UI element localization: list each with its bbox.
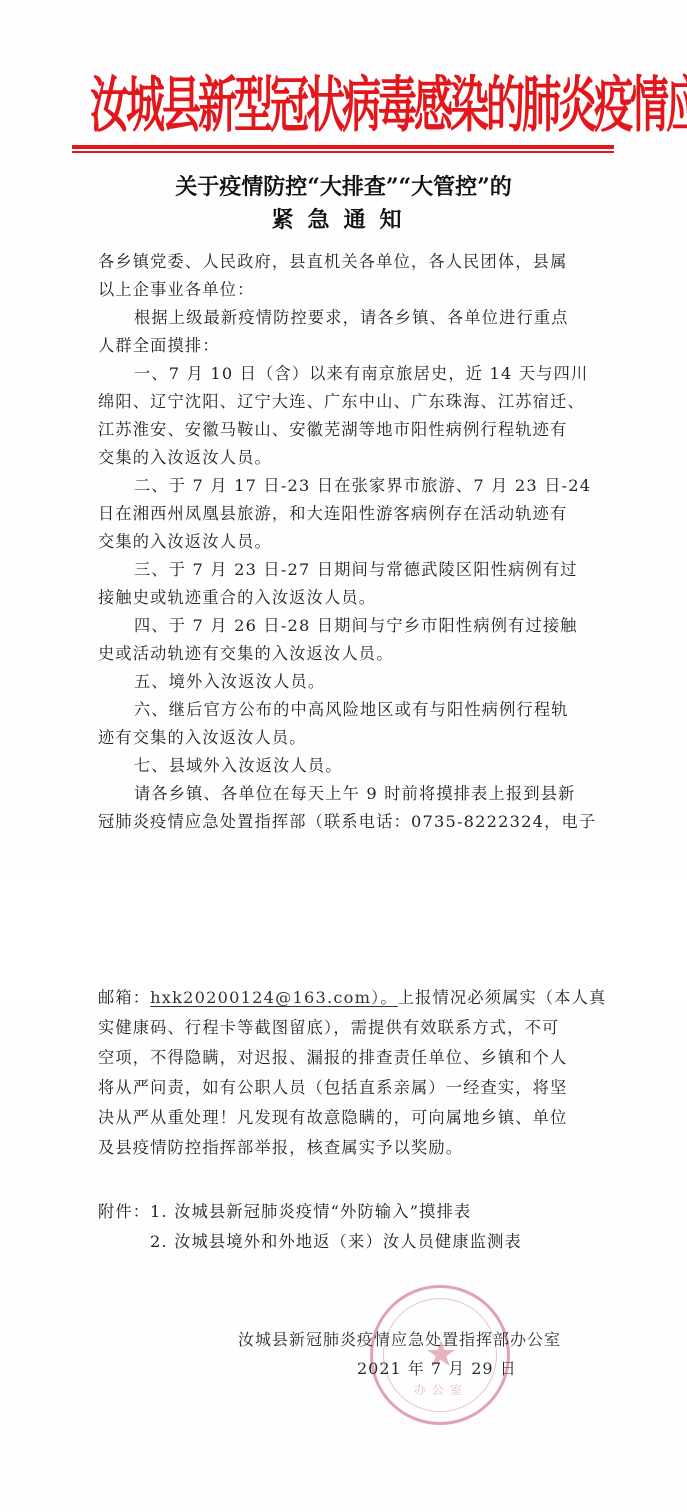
body-line: 各乡镇党委、人民政府，县直机关各单位，各人民团体，县属 [98,252,588,272]
body-line: 一、7 月 10 日（含）以来有南京旅居史，近 14 天与四川 [98,364,624,384]
email-label: 邮箱： [98,988,150,1007]
notice-document: 汝城县新型冠状病毒感染的肺炎疫情应急处置指挥部办公室 关于疫情防控“大排查”“大… [0,0,687,1512]
attachment-item: 2. 汝城县境外和外地返（来）汝人员健康监测表 [150,1232,640,1252]
body-line: 人群全面摸排： [98,336,588,356]
body-line: 七、县域外入汝返汝人员。 [98,756,624,776]
email-link[interactable]: hxk20200124@163.com）。 [150,988,398,1007]
attachment-item: 1. 汝城县新冠肺炎疫情“外防输入”摸排表 [150,1202,640,1222]
body-line: 以上企事业各单位： [98,280,588,300]
body-line: 三、于 7 月 23 日-27 日期间与常德武陵区阳性病例有过 [98,560,624,580]
signature-date: 2021 年 7 月 29 日 [357,1356,517,1379]
seal-text: 办公室 [384,1381,498,1398]
body-line: 及县疫情防控指挥部举报，核查属实予以奖励。 [98,1138,588,1158]
body-line: 日在湘西州凤凰县旅游，和大连阳性游客病例存在活动轨迹有 [98,504,588,524]
official-seal: ★ 办公室 [370,1285,510,1425]
email-line-suffix: 上报情况必须属实（本人真 [398,988,607,1007]
body-line: 六、继后官方公布的中高风险地区或有与阳性病例行程轨 [98,700,624,720]
letterhead-rule-thick [72,145,614,149]
seal-inner-ring: ★ 办公室 [383,1298,497,1412]
signature-org: 汝城县新冠肺炎疫情应急处置指挥部办公室 [238,1327,561,1350]
notice-title-line1: 关于疫情防控“大排查”“大管控”的 [0,170,687,201]
body-line: 史或活动轨迹有交集的入汝返汝人员。 [98,644,588,664]
body-line: 二、于 7 月 17 日-23 日在张家界市旅游、7 月 23 日-24 [98,476,624,496]
letterhead-rule-thin [72,151,614,153]
body-line: 请各乡镇、各单位在每天上午 9 时前将摸排表上报到县新 [98,784,624,804]
body-line: 冠肺炎疫情应急处置指挥部（联系电话：0735-8222324，电子 [98,812,588,832]
body-line: 根据上级最新疫情防控要求，请各乡镇、各单位进行重点 [98,308,624,328]
body-line: 接触史或轨迹重合的入汝返汝人员。 [98,588,588,608]
body-line: 实健康码、行程卡等截图留底），需提供有效联系方式，不可 [98,1018,588,1038]
body-line: 交集的入汝返汝人员。 [98,448,588,468]
email-line: 邮箱：hxk20200124@163.com）。上报情况必须属实（本人真 [98,988,588,1008]
body-line: 交集的入汝返汝人员。 [98,532,588,552]
body-line: 绵阳、辽宁沈阳、辽宁大连、广东中山、广东珠海、江苏宿迁、 [98,392,588,412]
body-line: 决从严从重处理！凡发现有故意隐瞒的，可向属地乡镇、单位 [98,1108,588,1128]
body-line: 迹有交集的入汝返汝人员。 [98,728,588,748]
body-line: 四、于 7 月 26 日-28 日期间与宁乡市阳性病例有过接触 [98,616,624,636]
body-line: 五、境外入汝返汝人员。 [98,672,624,692]
body-line: 空项，不得隐瞒，对迟报、漏报的排查责任单位、乡镇和个人 [98,1048,588,1068]
body-line: 江苏淮安、安徽马鞍山、安徽芜湖等地市阳性病例行程轨迹有 [98,420,588,440]
page-break-gap [0,880,687,1000]
body-line: 将从严问责，如有公职人员（包括直系亲属）一经查实，将坚 [98,1078,588,1098]
notice-title-line2: 紧急通知 [0,203,687,234]
